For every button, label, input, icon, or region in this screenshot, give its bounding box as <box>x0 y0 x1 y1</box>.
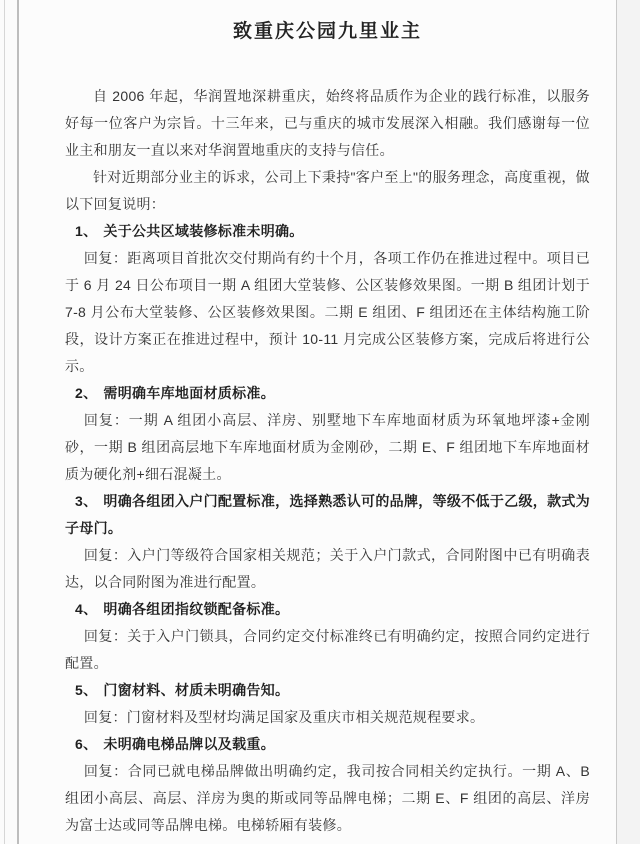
item-number: 6、 <box>75 736 97 752</box>
item-reply: 回复：合同已就电梯品牌做出明确约定，我司按合同相关约定执行。一期 A、B 组团小… <box>65 758 590 839</box>
item-heading-text: 关于公共区域装修标准未明确。 <box>103 223 303 239</box>
item-6: 6、未明确电梯品牌以及载重。 回复：合同已就电梯品牌做出明确约定，我司按合同相关… <box>65 731 590 839</box>
item-reply: 回复：门窗材料及型材均满足国家及重庆市相关规范规程要求。 <box>65 704 590 731</box>
item-reply: 回复：入户门等级符合国家相关规范；关于入户门款式，合同附图中已有明确表达，以合同… <box>65 542 590 596</box>
item-heading-text: 需明确车库地面材质标准。 <box>103 385 275 401</box>
right-page-border-line <box>616 0 617 844</box>
item-heading-text: 门窗材料、材质未明确告知。 <box>103 682 289 698</box>
item-heading-text: 明确各组团入户门配置标准，选择熟悉认可的品牌，等级不低于乙级，款式为子母门。 <box>65 493 590 536</box>
item-number: 2、 <box>75 385 97 401</box>
item-heading: 4、明确各组团指纹锁配备标准。 <box>65 596 590 623</box>
item-2: 2、需明确车库地面材质标准。 回复：一期 A 组团小高层、洋房、别墅地下车库地面… <box>65 380 590 488</box>
intro-paragraph: 针对近期部分业主的诉求，公司上下秉持"客户至上"的服务理念，高度重视，做以下回复… <box>65 164 590 218</box>
item-heading-text: 未明确电梯品牌以及载重。 <box>103 736 275 752</box>
item-number: 1、 <box>75 223 97 239</box>
item-heading: 2、需明确车库地面材质标准。 <box>65 380 590 407</box>
item-4: 4、明确各组团指纹锁配备标准。 回复：关于入户门锁具，合同约定交付标准终已有明确… <box>65 596 590 677</box>
item-heading: 6、未明确电梯品牌以及载重。 <box>65 731 590 758</box>
document-title: 致重庆公园九里业主 <box>65 18 590 45</box>
item-3: 3、明确各组团入户门配置标准，选择熟悉认可的品牌，等级不低于乙级，款式为子母门。… <box>65 488 590 596</box>
item-1: 1、关于公共区域装修标准未明确。 回复：距离项目首批次交付期尚有约十个月，各项工… <box>65 218 590 380</box>
intro-paragraph: 自 2006 年起，华润置地深耕重庆，始终将品质作为企业的践行标准，以服务好每一… <box>65 83 590 164</box>
item-heading: 5、门窗材料、材质未明确告知。 <box>65 677 590 704</box>
item-reply: 回复：距离项目首批次交付期尚有约十个月，各项工作仍在推进过程中。项目已于 6 月… <box>65 245 590 380</box>
item-number: 3、 <box>75 493 97 509</box>
item-heading: 3、明确各组团入户门配置标准，选择熟悉认可的品牌，等级不低于乙级，款式为子母门。 <box>65 488 590 542</box>
item-number: 5、 <box>75 682 97 698</box>
right-margin-strip <box>617 0 640 844</box>
left-outer-edge-line <box>4 0 5 844</box>
item-reply: 回复：关于入户门锁具，合同约定交付标准终已有明确约定，按照合同约定进行配置。 <box>65 623 590 677</box>
item-heading-text: 明确各组团指纹锁配备标准。 <box>103 601 289 617</box>
item-heading: 1、关于公共区域装修标准未明确。 <box>65 218 590 245</box>
item-5: 5、门窗材料、材质未明确告知。 回复：门窗材料及型材均满足国家及重庆市相关规范规… <box>65 677 590 731</box>
document-page: 致重庆公园九里业主 自 2006 年起，华润置地深耕重庆，始终将品质作为企业的践… <box>19 0 616 844</box>
document-text-column: 致重庆公园九里业主 自 2006 年起，华润置地深耕重庆，始终将品质作为企业的践… <box>65 18 590 839</box>
item-reply: 回复：一期 A 组团小高层、洋房、别墅地下车库地面材质为环氧地坪漆+金刚砂，一期… <box>65 407 590 488</box>
document-body: 自 2006 年起，华润置地深耕重庆，始终将品质作为企业的践行标准，以服务好每一… <box>65 83 590 839</box>
item-number: 4、 <box>75 601 97 617</box>
